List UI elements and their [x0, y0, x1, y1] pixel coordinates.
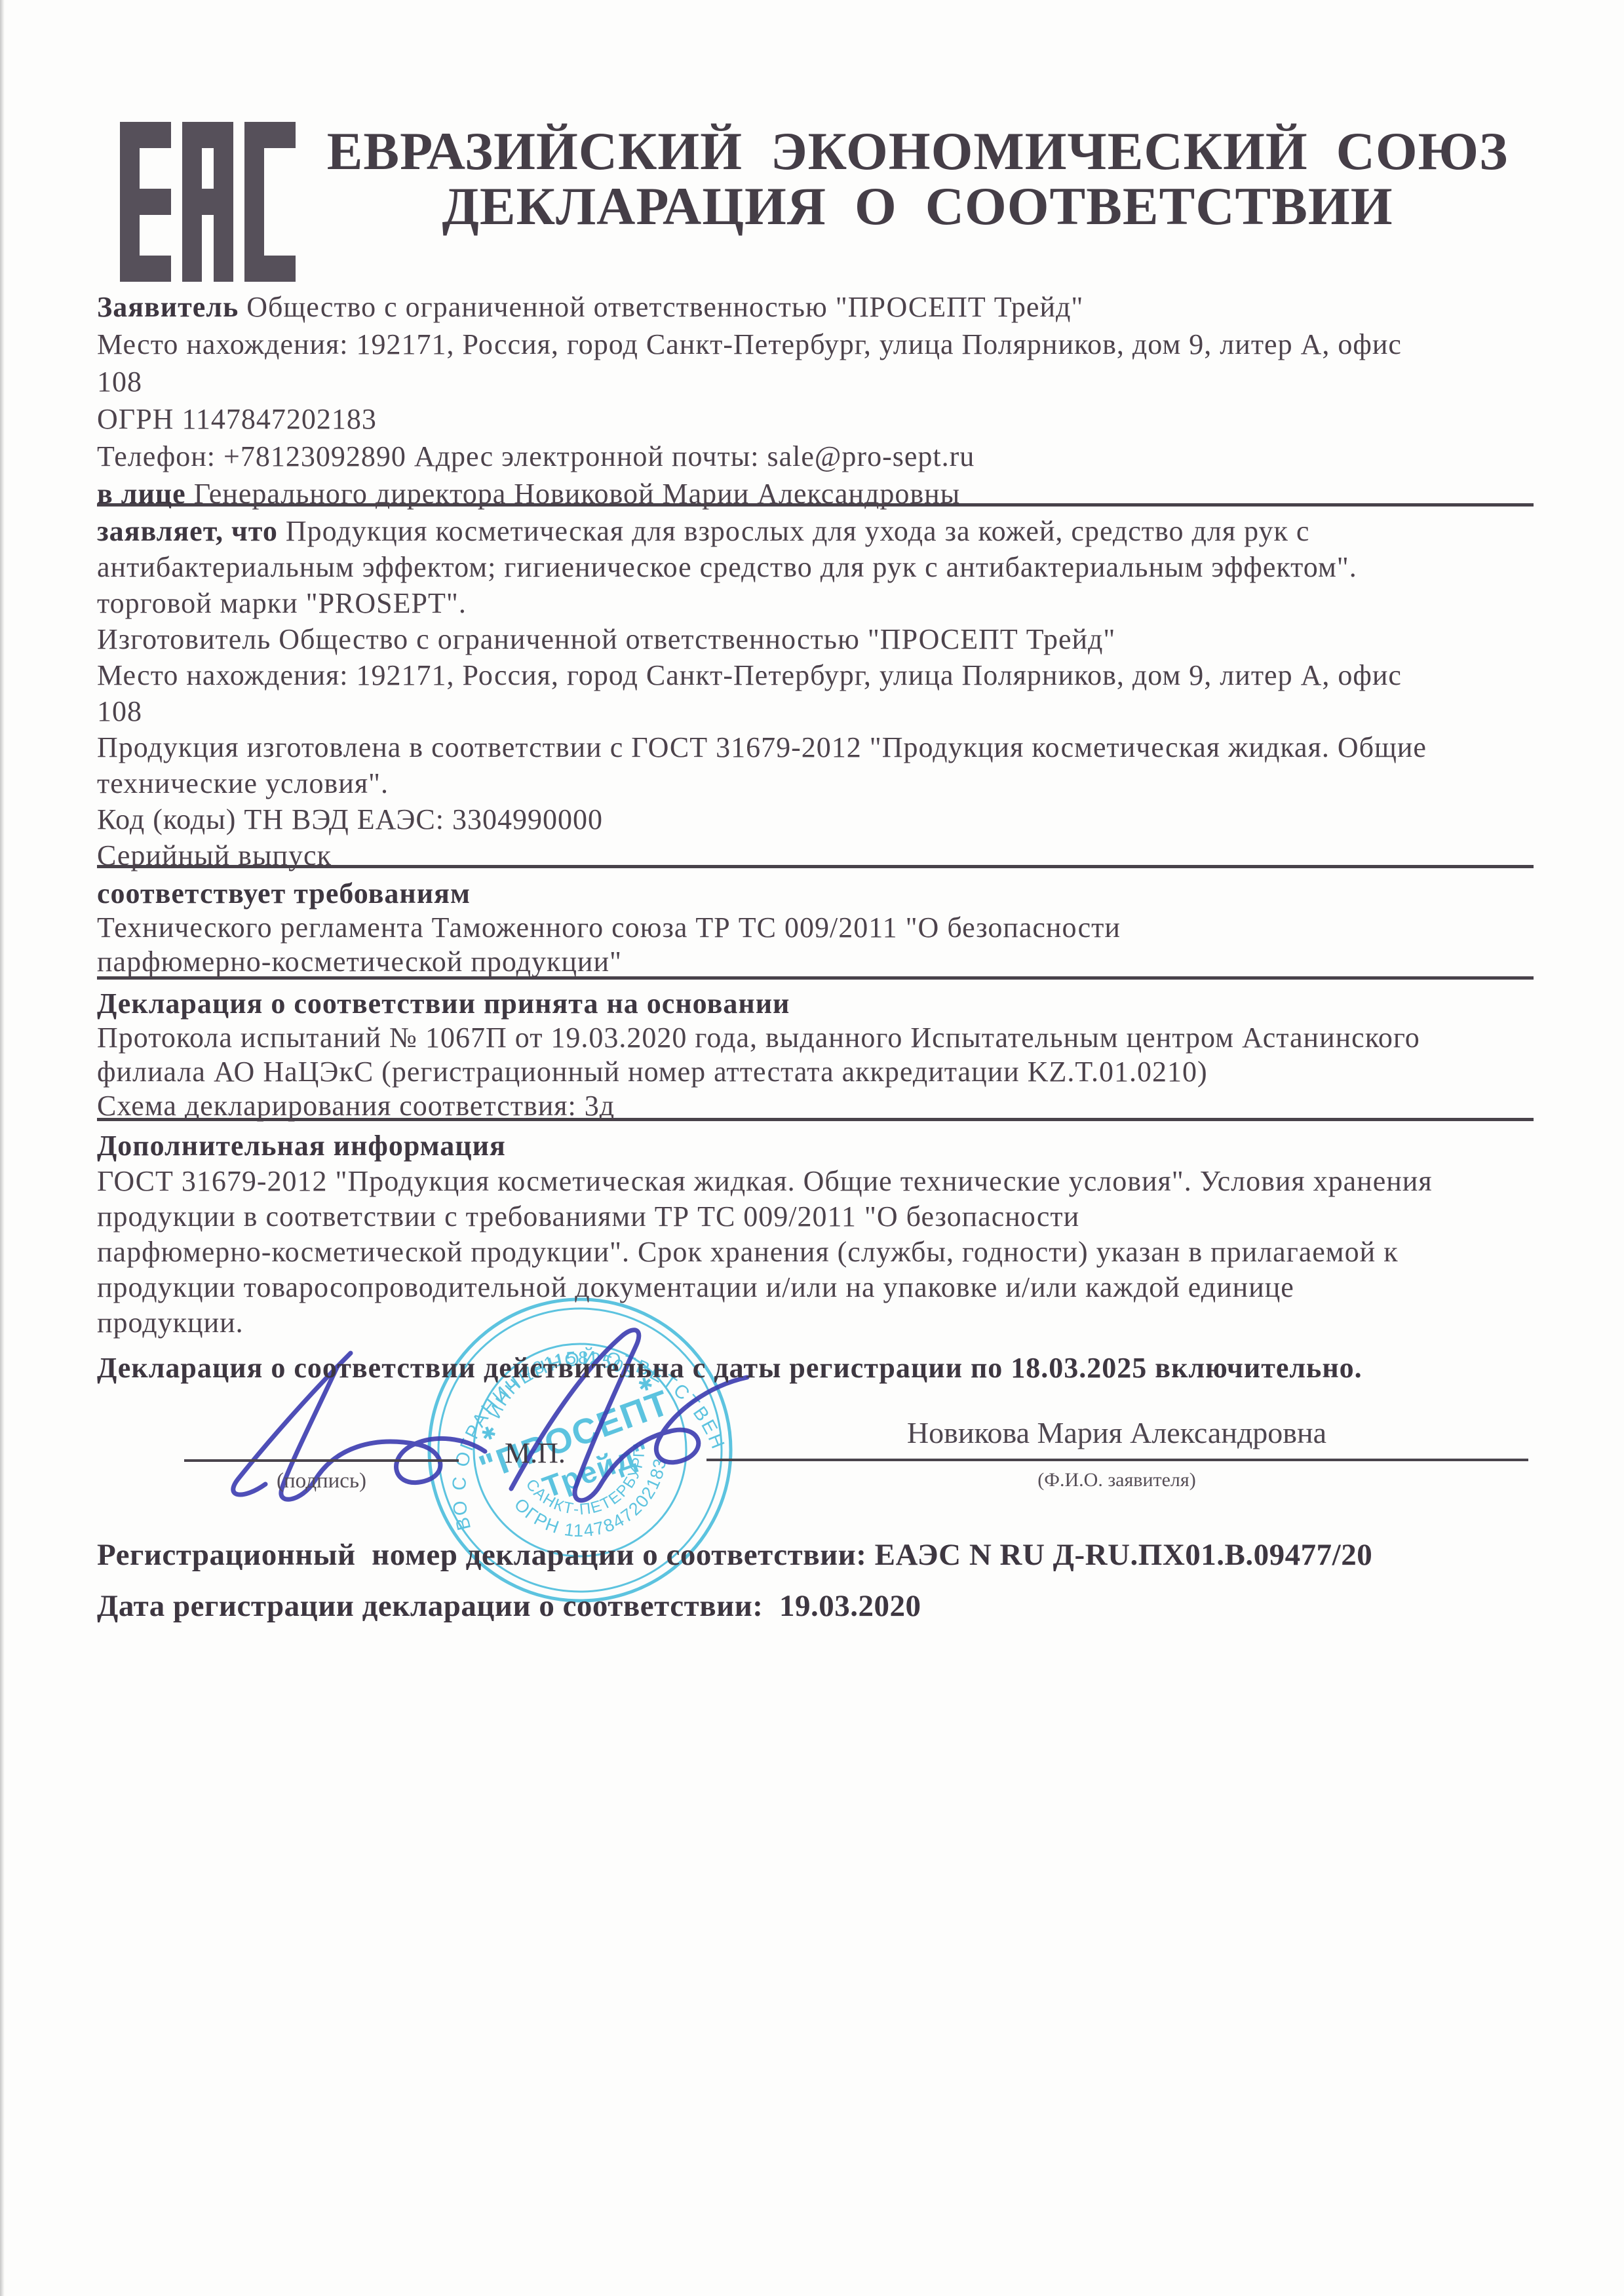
applicant-ogrn: ОГРН 1147847202183	[97, 400, 1539, 438]
regulation-line2: парфюмерно-косметической продукции"	[97, 945, 1539, 979]
additional-line4: продукции товаросопроводительной докумен…	[97, 1270, 1539, 1305]
additional-heading-label: Дополнительная информация	[97, 1130, 506, 1162]
manufacturer-address-line2: 108	[97, 693, 1539, 729]
applicant-section: Заявитель Общество с ограниченной ответс…	[97, 288, 1539, 512]
additional-line3: парфюмерно-косметической продукции". Сро…	[97, 1234, 1539, 1270]
registration-date-line: Дата регистрации декларации о соответств…	[97, 1588, 1578, 1624]
signature-caption: (подпись)	[184, 1469, 459, 1493]
gost-line1: Продукция изготовлена в соответствии с Г…	[97, 729, 1539, 765]
fullname-line	[706, 1459, 1528, 1461]
additional-line1: ГОСТ 31679-2012 "Продукция косметическая…	[97, 1164, 1539, 1199]
declares-section: заявляет, что Продукция косметическая дл…	[97, 513, 1539, 873]
product-description-2: антибактериальным эффектом; гигиеническо…	[97, 549, 1539, 585]
basis-heading: Декларация о соответствии принята на осн…	[97, 987, 1539, 1021]
applicant-line: Заявитель Общество с ограниченной ответс…	[97, 288, 1539, 326]
scan-edge-artifact	[0, 0, 5, 2296]
test-protocol-line2: филиала АО НаЦЭкС (регистрационный номер…	[97, 1055, 1539, 1089]
declares-line1: заявляет, что Продукция косметическая дл…	[97, 513, 1539, 549]
document-title-line1: ЕВРАЗИЙСКИЙ ЭКОНОМИЧЕСКИЙ СОЮЗ	[301, 123, 1534, 180]
applicant-label: Заявитель	[97, 291, 246, 323]
manufacturer-address-line1: Место нахождения: 192171, Россия, город …	[97, 657, 1539, 693]
declaration-document: ЕВРАЗИЙСКИЙ ЭКОНОМИЧЕСКИЙ СОЮЗ ДЕКЛАРАЦИ…	[0, 0, 1624, 2296]
applicant-contacts: Телефон: +78123092890 Адрес электронной …	[97, 438, 1539, 475]
trademark-line: торговой марки "PROSEPT".	[97, 585, 1539, 621]
product-description-1: Продукция косметическая для взрослых для…	[286, 515, 1310, 547]
compliance-section: соответствует требованиям Технического р…	[97, 877, 1539, 979]
additional-info-section: Дополнительная информация ГОСТ 31679-201…	[97, 1128, 1539, 1341]
applicant-address-line2: 108	[97, 363, 1539, 400]
applicant-person-line: в лице Генерального директора Новиковой …	[97, 475, 1539, 512]
compliance-heading: соответствует требованиям	[97, 877, 1539, 911]
serial-production-line: Серийный выпуск	[97, 837, 1539, 873]
declares-label: заявляет, что	[97, 515, 286, 547]
validity-statement: Декларация о соответствии действительна …	[97, 1351, 1539, 1385]
regulation-line1: Технического регламента Таможенного союз…	[97, 911, 1539, 945]
basis-section: Декларация о соответствии принята на осн…	[97, 987, 1539, 1123]
compliance-heading-label: соответствует требованиям	[97, 877, 471, 909]
applicant-company: Общество с ограниченной ответственностью…	[246, 291, 1083, 323]
additional-heading: Дополнительная информация	[97, 1128, 1539, 1164]
in-person-label: в лице	[97, 478, 194, 510]
declaration-scheme-line: Схема декларирования соответствия: 3д	[97, 1089, 1539, 1123]
manufacturer-line: Изготовитель Общество с ограниченной отв…	[97, 621, 1539, 657]
additional-line2: продукции в соответствии с требованиями …	[97, 1199, 1539, 1234]
basis-heading-label: Декларация о соответствии принята на осн…	[97, 987, 790, 1020]
applicant-address-line1: Место нахождения: 192171, Россия, город …	[97, 326, 1539, 363]
eac-logo	[120, 122, 296, 282]
additional-line5: продукции.	[97, 1305, 1539, 1341]
registration-number-line: Регистрационный номер декларации о соотв…	[97, 1537, 1578, 1573]
applicant-fullname: Новикова Мария Александровна	[706, 1415, 1527, 1450]
tnved-code-line: Код (коды) ТН ВЭД ЕАЭС: 3304990000	[97, 801, 1539, 837]
stamp-place-mark: М.П.	[505, 1436, 566, 1470]
test-protocol-line1: Протокола испытаний № 1067П от 19.03.202…	[97, 1021, 1539, 1055]
document-title-line2: ДЕКЛАРАЦИЯ О СООТВЕТСТВИИ	[301, 178, 1534, 235]
signature-line	[184, 1459, 459, 1462]
gost-line2: технические условия".	[97, 765, 1539, 801]
fullname-caption: (Ф.И.О. заявителя)	[706, 1469, 1527, 1491]
applicant-director: Генерального директора Новиковой Марии А…	[194, 478, 961, 510]
